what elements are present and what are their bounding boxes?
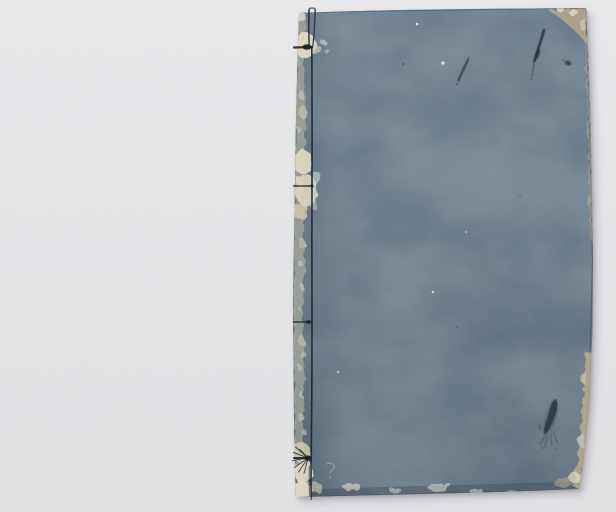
stitch-3-knot — [306, 320, 311, 324]
book-photograph — [0, 0, 616, 512]
stitch-1-knot — [303, 44, 312, 50]
photo-stage — [0, 0, 616, 512]
book-cover — [288, 2, 598, 502]
